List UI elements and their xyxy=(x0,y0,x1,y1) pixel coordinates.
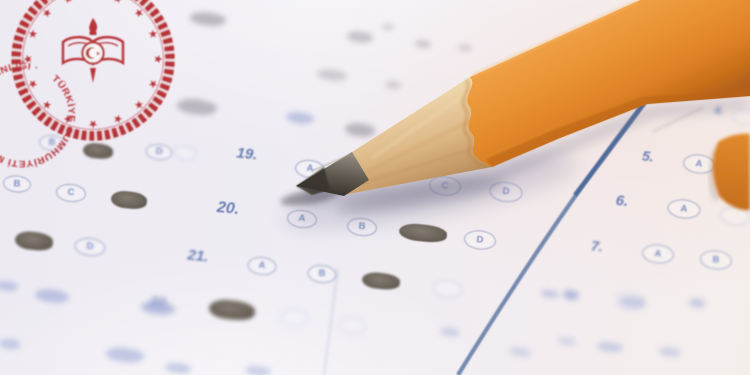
paper-smudge xyxy=(344,122,375,138)
faint-print-mark xyxy=(245,365,272,375)
faint-print-mark xyxy=(286,111,315,125)
answer-bubble: A xyxy=(294,158,326,179)
answer-bubble: B xyxy=(307,264,338,285)
answer-bubble: B xyxy=(346,216,378,237)
bubble-letter: C xyxy=(441,181,449,191)
answer-bubble: A xyxy=(641,243,675,265)
bubble-letter: B xyxy=(712,255,720,265)
bubble-letter: B xyxy=(48,138,56,148)
answer-bubble: A xyxy=(286,208,318,229)
bubble-letter: B xyxy=(367,172,375,182)
faint-bubble xyxy=(172,144,197,161)
bubble-letter: A xyxy=(680,204,688,214)
answer-bubble: D xyxy=(463,229,497,251)
bubble-letter: A xyxy=(654,249,662,259)
faint-print-mark xyxy=(509,346,532,357)
question-number: 21. xyxy=(187,246,210,265)
paper-smudge xyxy=(346,30,373,44)
bubble-letter: C xyxy=(67,188,75,198)
faint-print-mark xyxy=(597,341,624,354)
faint-print-mark xyxy=(140,300,175,316)
paper-smudge xyxy=(385,80,402,90)
paper-smudge xyxy=(382,23,395,30)
paper-smudge xyxy=(458,44,473,52)
faint-bubble xyxy=(731,108,750,125)
faint-bubble xyxy=(719,205,750,226)
faint-print-mark xyxy=(0,280,18,292)
paper-smudge xyxy=(415,39,432,49)
faint-print-mark xyxy=(541,289,560,299)
faint-print-mark xyxy=(0,338,21,350)
answer-bubble: A xyxy=(667,198,702,220)
faint-bubble xyxy=(432,278,464,299)
bubble-letter: B xyxy=(358,222,366,232)
faint-print-mark xyxy=(105,346,144,364)
bubble-letter: A xyxy=(695,159,703,169)
answer-bubble: A xyxy=(682,153,716,175)
filled-answer-mark xyxy=(361,271,400,291)
faint-print-mark xyxy=(34,288,69,304)
bubble-letter: D xyxy=(155,147,163,157)
filled-answer-mark xyxy=(82,142,113,160)
bubble-letter: A xyxy=(298,214,306,224)
paper-smudge xyxy=(176,97,217,116)
bubble-letter: A xyxy=(306,164,314,174)
answer-bubble: B xyxy=(38,134,66,153)
answer-sheet: BDBCD19.ABCD20.ABD21.AB22.4.5.A6.A7.AB xyxy=(0,0,750,375)
faint-print-mark xyxy=(165,362,192,375)
question-number: 20. xyxy=(216,199,240,219)
faint-print-mark xyxy=(558,336,577,346)
filled-answer-mark xyxy=(398,222,448,244)
answer-bubble: B xyxy=(2,174,32,194)
bubble-letter: B xyxy=(318,269,326,279)
question-number: 19. xyxy=(236,144,259,163)
faint-print-mark xyxy=(689,298,706,309)
faint-print-mark xyxy=(563,289,580,301)
answer-bubble: C xyxy=(428,175,462,197)
bubble-letter: B xyxy=(13,179,21,189)
paper-smudge xyxy=(189,11,226,28)
faint-bubble xyxy=(337,316,367,336)
bubble-letter: D xyxy=(476,235,484,245)
faint-print-mark xyxy=(659,346,682,357)
faint-print-mark xyxy=(440,326,461,337)
answer-bubble: D xyxy=(489,180,524,203)
filled-answer-mark xyxy=(14,230,54,252)
answer-bubble: C xyxy=(55,182,87,203)
bubble-letter: D xyxy=(502,187,510,197)
exam-answer-sheet-photo: BDBCD19.ABCD20.ABD21.AB22.4.5.A6.A7.AB xyxy=(0,0,750,375)
bubble-letter: A xyxy=(258,261,266,271)
question-number: 4. xyxy=(714,105,724,118)
filled-answer-mark xyxy=(110,190,148,211)
bubble-letter: D xyxy=(86,242,94,252)
question-number: 5. xyxy=(641,147,654,164)
question-number: 6. xyxy=(615,192,629,210)
paper-smudge xyxy=(317,68,348,82)
answer-bubble: D xyxy=(74,236,107,257)
answer-bubble: B xyxy=(355,166,387,187)
faint-bubble xyxy=(279,308,309,328)
answer-bubble: D xyxy=(145,143,174,162)
filled-answer-mark xyxy=(208,298,256,322)
answer-bubble: B xyxy=(699,249,733,271)
question-number: 7. xyxy=(590,237,603,254)
answer-bubble: A xyxy=(247,256,278,277)
